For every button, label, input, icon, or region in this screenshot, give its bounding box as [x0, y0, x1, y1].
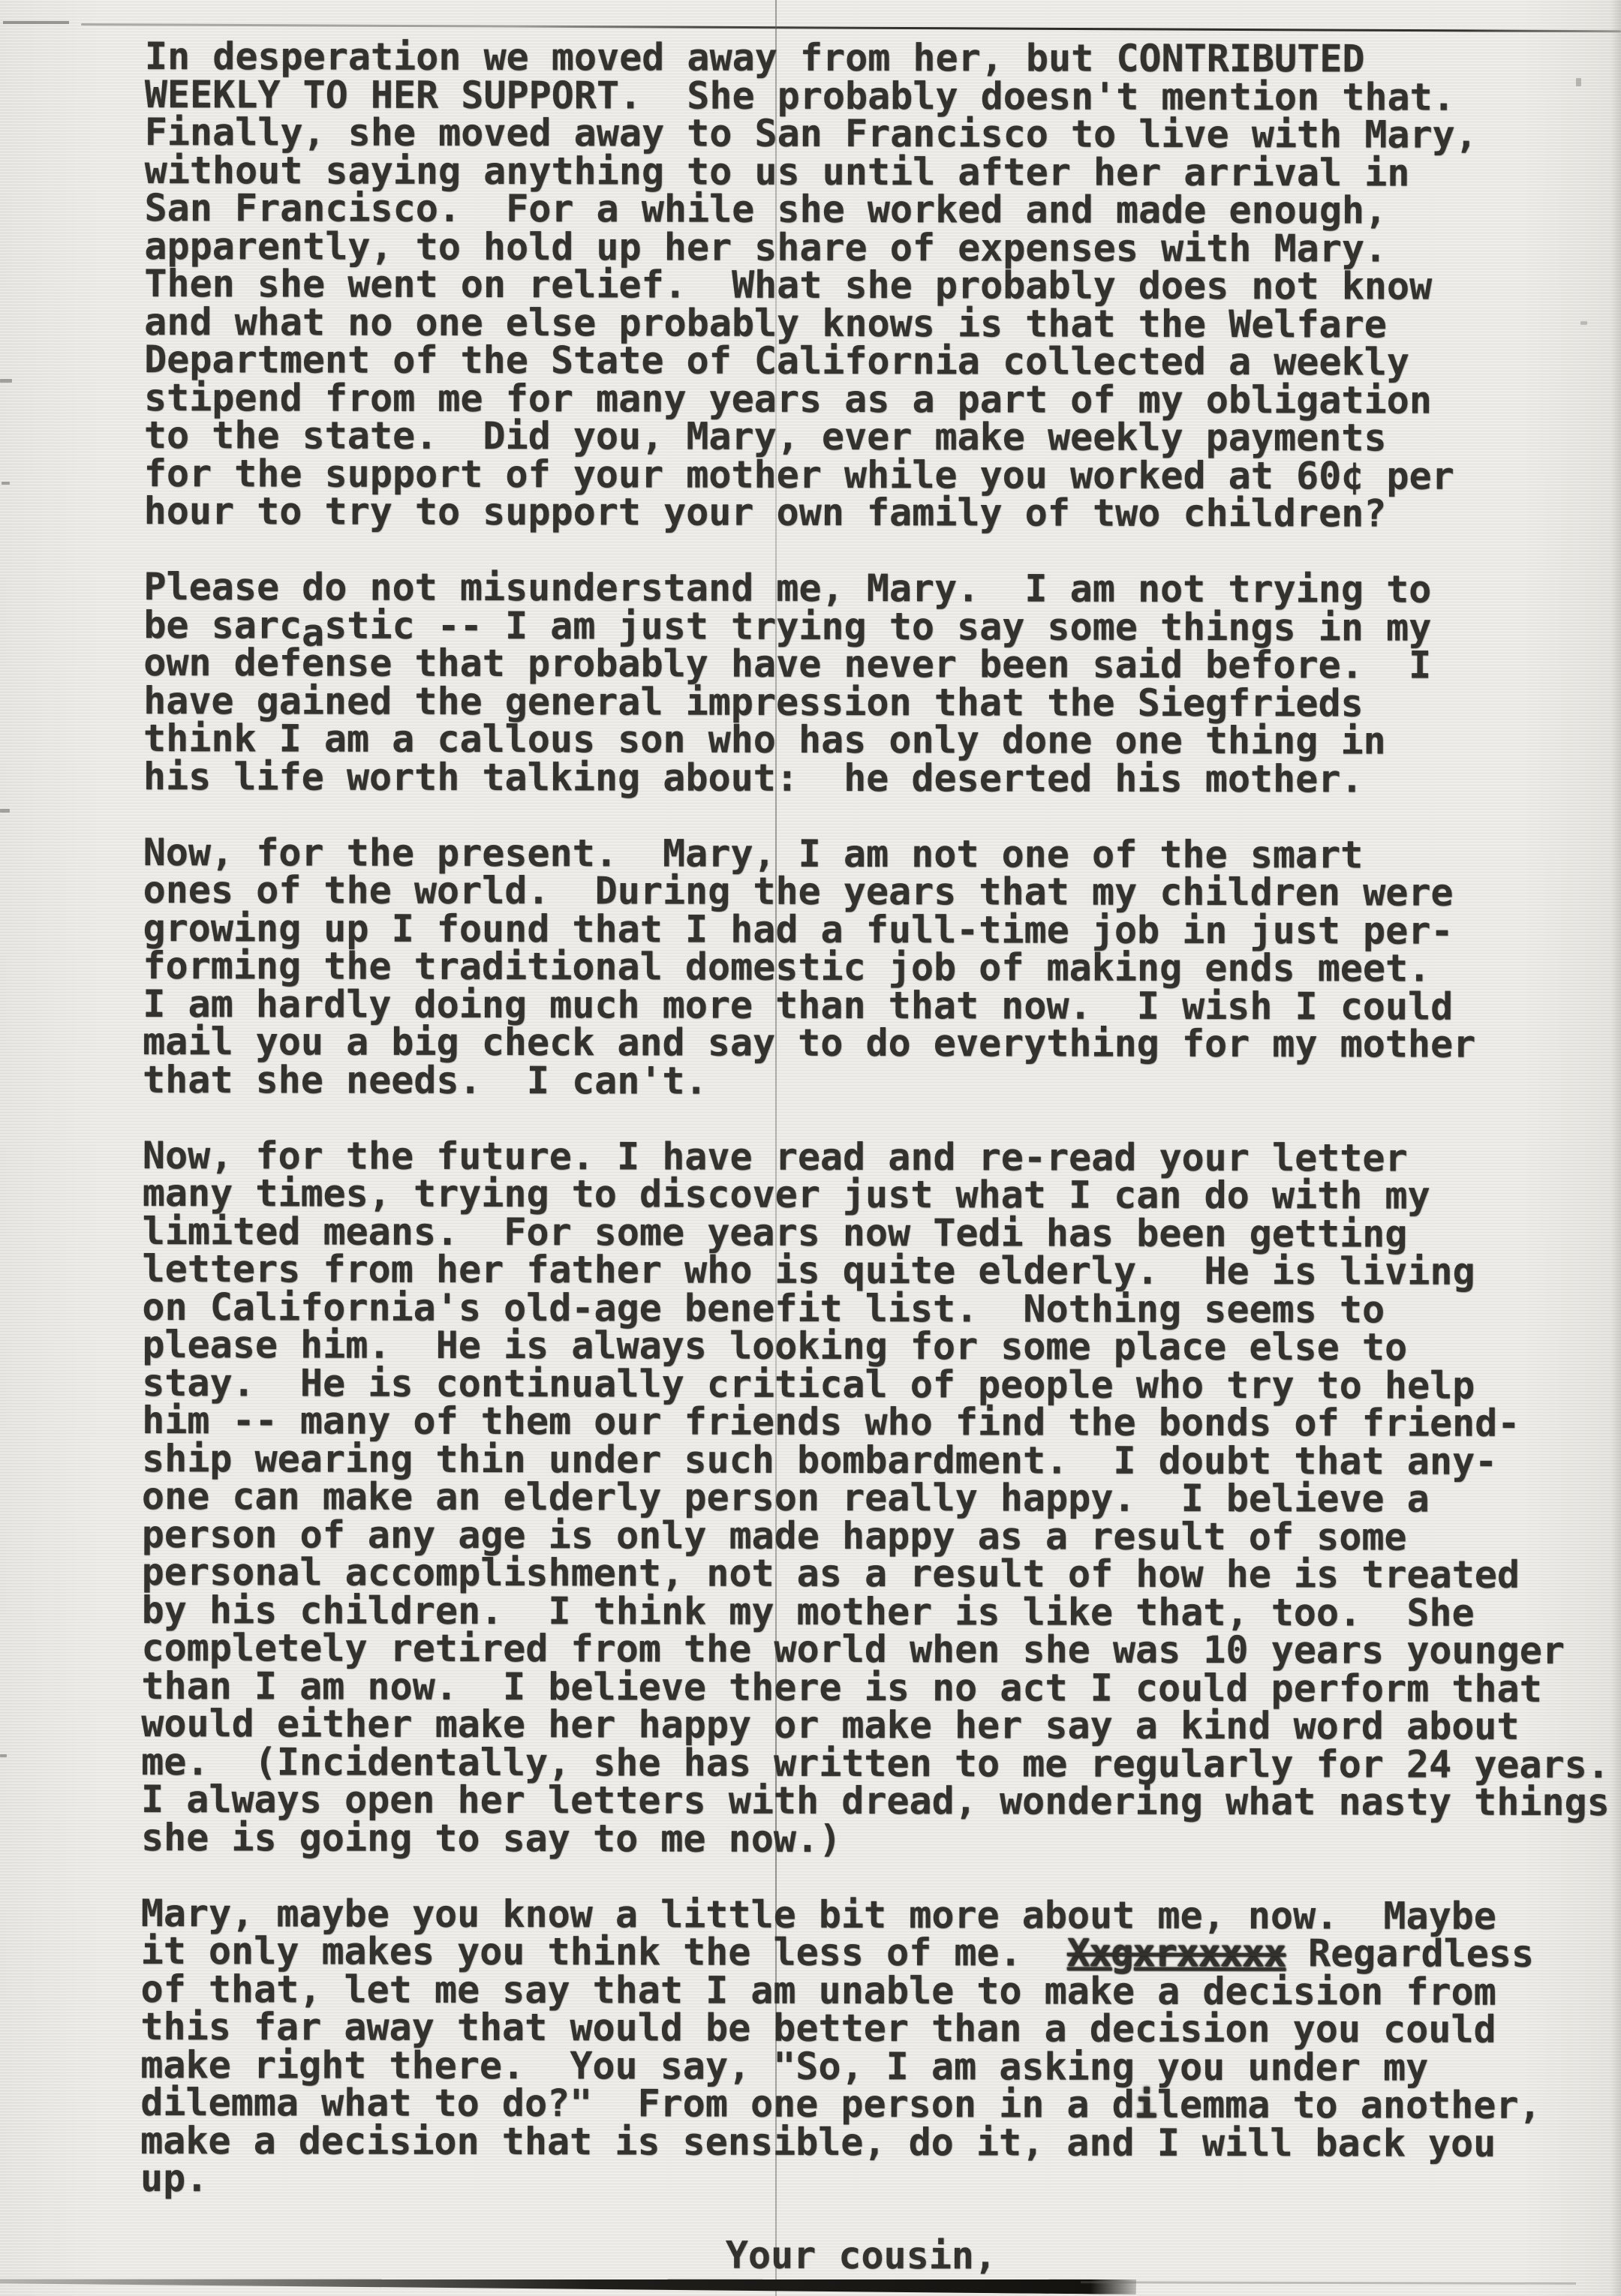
scan-artifact [0, 809, 10, 813]
paragraph-1: In desperation we moved away from her, b… [144, 38, 1613, 533]
top-edge-scan-line [81, 23, 1621, 32]
page-right-edge-shadow [1610, 0, 1621, 2296]
text-line: up. [140, 2159, 1609, 2201]
text-line: his life worth talking about: he deserte… [143, 757, 1612, 798]
text-segment: his life worth talking about: he deserte… [143, 754, 1364, 800]
text-segment: hour to try to support your own family o… [144, 489, 1387, 535]
text-segment: she is going to say to me now.) [141, 1815, 841, 1860]
bottom-edge-scan-shadow [1081, 2281, 1576, 2285]
scan-artifact [2, 482, 10, 485]
overstruck-character: i [1135, 2083, 1157, 2126]
text-line: she is going to say to me now.) [141, 1818, 1610, 1859]
scan-artifact [1576, 78, 1581, 86]
text-segment: make a decision that is sensible, do it,… [140, 2118, 1496, 2165]
letter-body: In desperation we moved away from her, b… [140, 38, 1613, 2276]
closing-valediction: Your cousin, [726, 2237, 1609, 2276]
letter-page: In desperation we moved away from her, b… [0, 0, 1621, 2296]
scan-artifact [0, 379, 12, 383]
text-segment: up. [140, 2156, 208, 2200]
paragraph-3: Now, for the present. Mary, I am not one… [143, 833, 1611, 1101]
scan-artifact [0, 1754, 7, 1757]
paragraph-4: Now, for the future. I have read and re-… [141, 1136, 1611, 1859]
scan-artifact [1580, 321, 1587, 325]
text-line: that she needs. I can't. [143, 1060, 1611, 1101]
text-segment: that she needs. I can't. [143, 1057, 708, 1102]
dropped-character: a [302, 611, 324, 654]
text-line: make a decision that is sensible, do it,… [140, 2121, 1609, 2162]
paragraph-2: Please do not misunderstand me, Mary. I … [143, 568, 1612, 798]
text-line: hour to try to support your own family o… [144, 492, 1613, 533]
scan-artifact [3, 21, 69, 24]
paragraph-5: Mary, maybe you know a little bit more a… [140, 1894, 1610, 2200]
